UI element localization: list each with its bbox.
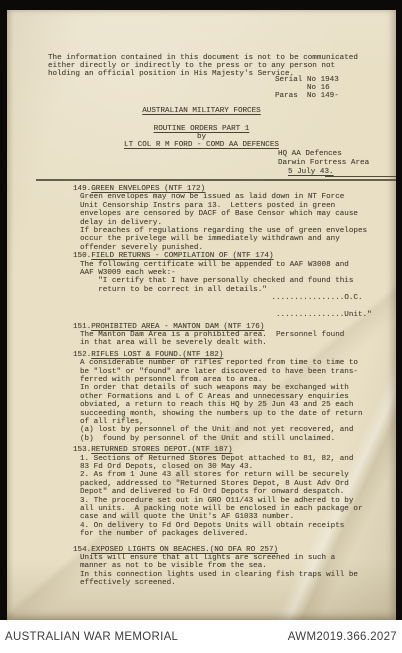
- order-title: RETURNED STORES DEPOT.(NTF 187): [91, 446, 232, 454]
- order-item-154: 154.EXPOSED LIGHTS ON BEACHES.(NO DFA RO…: [73, 546, 396, 588]
- archive-accession-number: AWM2019.366.2027: [288, 631, 397, 643]
- order-head: 152.RIFLES LOST & FOUND.(NTF 182): [73, 351, 396, 359]
- order-body: A considerable number of rifles reported…: [80, 359, 400, 443]
- order-number: 149.: [73, 185, 91, 193]
- order-body: Green envelopes may now be issued as lai…: [80, 193, 400, 252]
- date-text: 5 July 43.: [288, 168, 334, 176]
- address-block: HQ AA Defences Darwin Fortress Area: [278, 150, 369, 167]
- order-number: 154.: [73, 546, 91, 554]
- issuer-line-text: LT COL R M FORD - COMD AA DEFENCES: [124, 141, 279, 149]
- order-number: 152.: [73, 351, 91, 359]
- order-title: GREEN ENVELOPES (NTF 172): [91, 185, 205, 193]
- order-body: The following certificate will be append…: [80, 261, 400, 320]
- order-head: 154.EXPOSED LIGHTS ON BEACHES.(NO DFA RO…: [73, 546, 396, 554]
- order-title: EXPOSED LIGHTS ON BEACHES.(NO DFA RO 257…: [91, 546, 278, 554]
- order-body: 1. Sections of Returned Stores Depot att…: [80, 455, 400, 539]
- orders-title-text: ROUTINE ORDERS PART 1: [154, 125, 250, 133]
- order-item-153: 153.RETURNED STORES DEPOT.(NTF 187) 1. S…: [73, 446, 396, 538]
- order-item-152: 152.RIFLES LOST & FOUND.(NTF 182) A cons…: [73, 351, 396, 443]
- order-title: RIFLES LOST & FOUND.(NTF 182): [91, 351, 223, 359]
- serial-block: Serial No 1943 No 16 Paras No 149-: [275, 76, 339, 100]
- order-number: 151.: [73, 323, 91, 331]
- security-note: The information contained in this docume…: [48, 54, 358, 79]
- order-head: 151.PROHIBITED AREA - MANTON DAM (NTF 17…: [73, 323, 396, 331]
- order-item-151: 151.PROHIBITED AREA - MANTON DAM (NTF 17…: [73, 323, 396, 348]
- order-body: The Manton Dam Area is a prohibited area…: [80, 331, 400, 348]
- archive-institution-label: AUSTRALIAN WAR MEMORIAL: [5, 631, 178, 643]
- issuer-line: LT COL R M FORD - COMD AA DEFENCES: [7, 141, 396, 149]
- order-title: PROHIBITED AREA - MANTON DAM (NTF 176): [91, 323, 264, 331]
- archive-label-bar: AUSTRALIAN WAR MEMORIAL AWM2019.366.2027: [0, 620, 402, 653]
- order-item-150: 150.FIELD RETURNS - COMPILATION OF (NTF …: [73, 252, 396, 319]
- order-number: 153.: [73, 446, 91, 454]
- force-title-text: AUSTRALIAN MILITARY FORCES: [142, 107, 260, 115]
- order-body: Units will ensure that all lights are sc…: [80, 554, 400, 588]
- order-number: 150.: [73, 252, 91, 260]
- document-paper: The information contained in this docume…: [7, 10, 396, 620]
- order-head: 150.FIELD RETURNS - COMPILATION OF (NTF …: [73, 252, 396, 260]
- force-title: AUSTRALIAN MILITARY FORCES: [7, 107, 396, 115]
- scanned-page-frame: The information contained in this docume…: [0, 0, 402, 653]
- orders-list: 149.GREEN ENVELOPES (NTF 172) Green enve…: [7, 185, 396, 588]
- date-rule: [325, 176, 396, 177]
- order-head: 153.RETURNED STORES DEPOT.(NTF 187): [73, 446, 396, 454]
- order-title: FIELD RETURNS - COMPILATION OF (NTF 174): [91, 252, 273, 260]
- order-item-149: 149.GREEN ENVELOPES (NTF 172) Green enve…: [73, 185, 396, 252]
- header-divider-rule: [36, 179, 396, 181]
